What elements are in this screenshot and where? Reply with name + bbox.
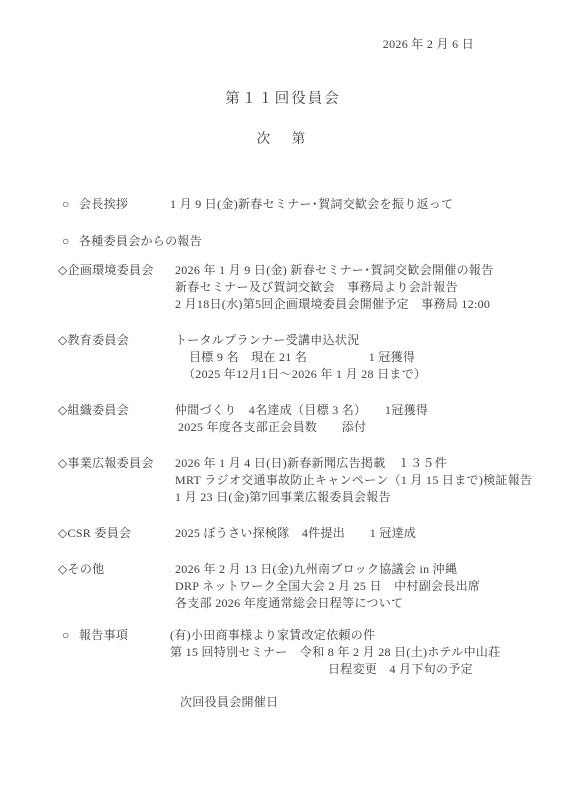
agenda-body: ○ 会長挨拶 1 月 9 日(金)新春セミナー･賀詞交歓会を振り返って ○ 各種…	[0, 196, 566, 711]
committee-line: 2026 年 1 月 4 日(日)新春新聞広告掲載 １３５件	[175, 455, 566, 472]
report-line: (有)小田商事様より家賃改定依頼の件	[170, 627, 566, 644]
circle-bullet-icon: ○	[62, 233, 79, 250]
committee-lines: 2026 年 1 月 4 日(日)新春新聞広告掲載 １３５件 MRT ラジオ交通…	[175, 455, 566, 506]
diamond-bullet-icon: ◇	[58, 403, 68, 417]
committee-name: ◇企画環境委員会	[58, 262, 175, 313]
committee-name: ◇CSR 委員会	[58, 525, 175, 542]
report-line: 日程変更 4 月下旬の予定	[328, 661, 566, 678]
document-date: 2026 年 2 月 6 日	[0, 0, 566, 52]
committee-line: （2025 年12月1日～2026 年 1 月 28 日まで）	[183, 366, 566, 383]
committee-block-education: ◇教育委員会 トータルプランナー受講申込状況 目標 9 名 現在 21 名 1 …	[0, 332, 566, 383]
agenda-item-committee-reports: ○ 各種委員会からの報告	[0, 233, 566, 250]
agenda-item-chair-greeting: ○ 会長挨拶 1 月 9 日(金)新春セミナー･賀詞交歓会を振り返って	[0, 196, 566, 213]
committee-name: ◇その他	[58, 561, 175, 612]
committee-name-label: 企画環境委員会	[68, 263, 154, 277]
diamond-bullet-icon: ◇	[58, 562, 68, 576]
committee-block-planning-environment: ◇企画環境委員会 2026 年 1 月 9 日(金) 新春セミナー･賀詞交歓会開…	[0, 262, 566, 313]
committee-block-organization: ◇組織委員会 仲間づくり 4名達成（目標 3 名） 1冠獲得 2025 年度各支…	[0, 402, 566, 436]
committee-name: ◇組織委員会	[58, 402, 175, 436]
committee-lines: トータルプランナー受講申込状況 目標 9 名 現在 21 名 1 冠獲得 （20…	[175, 332, 566, 383]
committee-name-label: その他	[68, 562, 105, 576]
committee-line: 2026 年 2 月 13 日(金)九州南ブロック協議会 in 沖縄	[175, 561, 566, 578]
committee-line: DRP ネットワーク全国大会 2 月 25 日 中村副会長出席	[175, 578, 566, 595]
report-line: 第 15 回特別セミナー 令和 8 年 2 月 28 日(土)ホテル中山荘	[170, 644, 566, 661]
diamond-bullet-icon: ◇	[58, 333, 68, 347]
committee-block-business-pr: ◇事業広報委員会 2026 年 1 月 4 日(日)新春新聞広告掲載 １３５件 …	[0, 455, 566, 506]
committee-line: 目標 9 名 現在 21 名 1 冠獲得	[189, 349, 566, 366]
committee-line: 2026 年 1 月 9 日(金) 新春セミナー･賀詞交歓会開催の報告	[175, 262, 566, 279]
committee-line: 2 月18日(水)第5回企画環境委員会開催予定 事務局 12:00	[175, 296, 566, 313]
committee-line: 1 月 23 日(金)第7回事業広報委員会報告	[175, 489, 566, 506]
document-page: 2026 年 2 月 6 日 第１１回役員会 次 第 ○ 会長挨拶 1 月 9 …	[0, 0, 566, 800]
chair-greeting-text: 1 月 9 日(金)新春セミナー･賀詞交歓会を振り返って	[170, 196, 566, 213]
committee-name-label: 事業広報委員会	[68, 456, 154, 470]
diamond-bullet-icon: ◇	[58, 526, 68, 540]
committee-name-label: 教育委員会	[68, 333, 130, 347]
committee-lines: 2025 ぼうさい探検隊 4件提出 1 冠達成	[175, 525, 566, 542]
committee-line: MRT ラジオ交通事故防止キャンペーン（1 月 15 日まで)検証報告	[175, 472, 566, 489]
committee-name: ◇事業広報委員会	[58, 455, 175, 506]
committee-lines: 仲間づくり 4名達成（目標 3 名） 1冠獲得 2025 年度各支部正会員数 添…	[175, 402, 566, 436]
committee-line: トータルプランナー受講申込状況	[175, 332, 566, 349]
page-title: 第１１回役員会	[0, 90, 566, 108]
committee-line: 仲間づくり 4名達成（目標 3 名） 1冠獲得	[175, 402, 566, 419]
committee-lines: 2026 年 2 月 13 日(金)九州南ブロック協議会 in 沖縄 DRP ネ…	[175, 561, 566, 612]
next-meeting-line: 次回役員会開催日	[0, 694, 566, 711]
committee-line: 2025 ぼうさい探検隊 4件提出 1 冠達成	[175, 525, 566, 542]
report-matters-label: 報告事項	[79, 627, 170, 678]
committee-reports-label: 各種委員会からの報告	[79, 233, 279, 250]
diamond-bullet-icon: ◇	[58, 456, 68, 470]
circle-bullet-icon: ○	[62, 196, 79, 213]
committee-name: ◇教育委員会	[58, 332, 175, 383]
agenda-item-report-matters: ○ 報告事項 (有)小田商事様より家賃改定依頼の件 第 15 回特別セミナー 令…	[0, 627, 566, 678]
committee-name-label: 組織委員会	[68, 403, 130, 417]
page-subtitle: 次 第	[0, 130, 566, 148]
committee-name-label: CSR 委員会	[68, 526, 132, 540]
chair-greeting-label: 会長挨拶	[79, 196, 170, 213]
circle-bullet-icon: ○	[62, 627, 79, 678]
report-matters-lines: (有)小田商事様より家賃改定依頼の件 第 15 回特別セミナー 令和 8 年 2…	[170, 627, 566, 678]
committee-line: 新春セミナー及び賀詞交歓会 事務局より会計報告	[175, 279, 566, 296]
committee-line: 2025 年度各支部正会員数 添付	[178, 419, 566, 436]
committee-lines: 2026 年 1 月 9 日(金) 新春セミナー･賀詞交歓会開催の報告 新春セミ…	[175, 262, 566, 313]
committee-line: 各支部 2026 年度通常総会日程等について	[175, 595, 566, 612]
committee-block-csr: ◇CSR 委員会 2025 ぼうさい探検隊 4件提出 1 冠達成	[0, 525, 566, 542]
committee-block-other: ◇その他 2026 年 2 月 13 日(金)九州南ブロック協議会 in 沖縄 …	[0, 561, 566, 612]
diamond-bullet-icon: ◇	[58, 263, 68, 277]
